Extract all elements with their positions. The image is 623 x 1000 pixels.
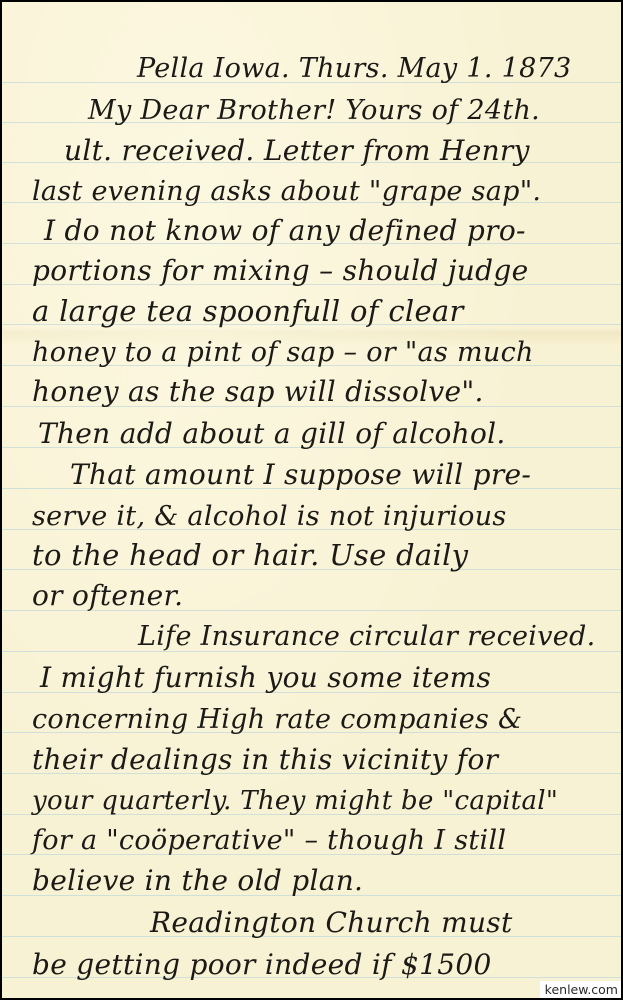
- letter-line: your quarterly. They might be "capital": [32, 788, 558, 814]
- letter-line: be getting poor indeed if $1500: [32, 951, 492, 979]
- letter-line: believe in the old plan.: [32, 867, 363, 895]
- letter-line: I might furnish you some items: [40, 664, 491, 692]
- letter-line: to the head or hair. Use daily: [32, 541, 468, 570]
- letter-line: portions for mixing – should judge: [32, 257, 528, 285]
- letter-line: last evening asks about "grape sap".: [32, 178, 541, 205]
- letter-line: a large tea spoonfull of clear: [32, 297, 464, 326]
- letter-line: concerning High rate companies &: [32, 706, 522, 733]
- watermark: kenlew.com: [540, 981, 621, 998]
- letter-line: for a "coöperative" – though I still: [32, 827, 506, 854]
- letter-line: honey to a pint of sap – or "as much: [32, 339, 534, 366]
- letter-line: Life Insurance circular received.: [138, 623, 596, 650]
- letter-line: Readington Church must: [150, 909, 513, 937]
- letter-line: serve it, & alcohol is not injurious: [32, 503, 507, 530]
- letter-line: ult. received. Letter from Henry: [64, 137, 530, 165]
- letter-line: their dealings in this vicinity for: [32, 746, 498, 774]
- handwritten-letter-body: Pella Iowa. Thurs. May 1. 1873My Dear Br…: [2, 2, 621, 998]
- letter-line: Pella Iowa. Thurs. May 1. 1873: [137, 55, 572, 82]
- letter-line: or oftener.: [32, 582, 183, 610]
- letter-line: Then add about a gill of alcohol.: [38, 420, 506, 448]
- letter-line: That amount I suppose will pre-: [70, 461, 531, 489]
- letter-line: My Dear Brother! Yours of 24th.: [88, 97, 540, 124]
- letter-line: I do not know of any defined pro-: [44, 217, 526, 245]
- letter-page: Pella Iowa. Thurs. May 1. 1873My Dear Br…: [2, 2, 621, 998]
- letter-line: honey as the sap will dissolve".: [32, 378, 484, 406]
